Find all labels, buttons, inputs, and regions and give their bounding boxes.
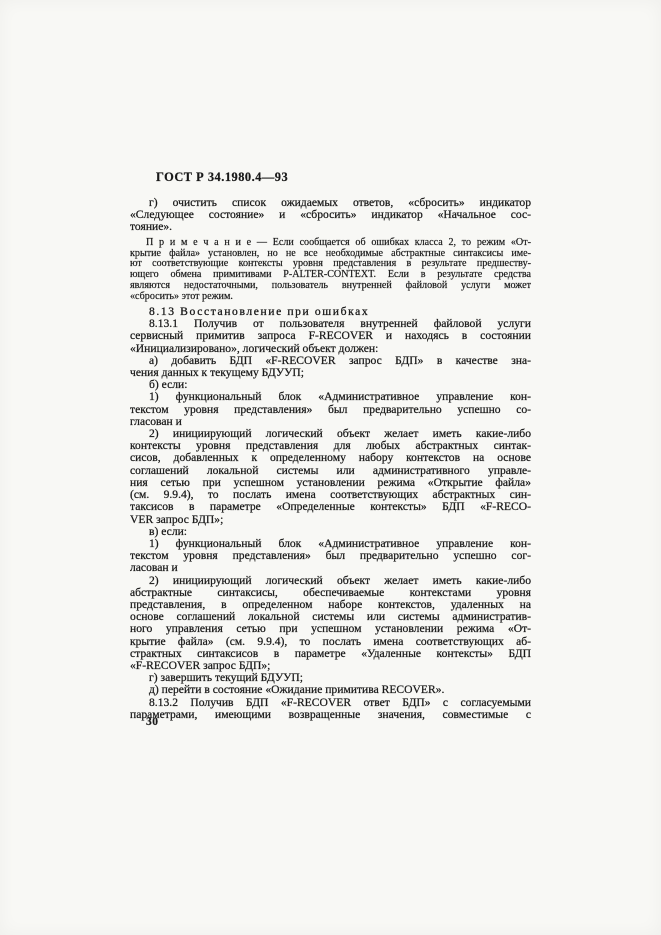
text-line: чения данных к текущему БДУУП; <box>130 367 531 379</box>
document-header: ГОСТ Р 34.1980.4—93 <box>130 171 531 184</box>
text-line: текстом уровня представления» был предва… <box>130 404 531 416</box>
paragraph: 1) функциональный блок «Административное… <box>130 391 531 428</box>
paragraph: а) добавить БДП «F-RECOVER запрос БДП» в… <box>130 355 531 379</box>
text-line: тояние». <box>130 221 531 233</box>
text-line: таксисов в параметре «Определенные конте… <box>130 501 531 513</box>
text-line: 8.13.2 Получив БДП «F-RECOVER ответ БДП»… <box>130 697 531 709</box>
paragraph: г) очистить список ожидаемых ответов, «с… <box>130 197 531 234</box>
text-line: ного управления сетью при успешном устан… <box>130 623 531 635</box>
text-line: ласован и <box>130 562 531 574</box>
note-block: П р и м е ч а н и е — Если сообщается об… <box>130 238 531 303</box>
text-line: «сбросить» этот режим. <box>130 292 531 303</box>
text-line: д) перейти в состояние «Ожидание примити… <box>130 684 531 696</box>
text-line: крытие файла» (см. 9.9.4), то послать им… <box>130 636 531 648</box>
paragraph: 1) функциональный блок «Административное… <box>130 538 531 575</box>
text-line: VER запрос БДП»; <box>130 514 531 526</box>
text-line: текстом уровня представления» был предва… <box>130 550 531 562</box>
paragraph: 8.13.2 Получив БДП «F-RECOVER ответ БДП»… <box>130 697 531 721</box>
text-line: 2) инициирующий логический объект желает… <box>130 575 531 587</box>
paragraph: 2) инициирующий логический объект желает… <box>130 428 531 526</box>
page-number: 30 <box>146 716 159 728</box>
document-page: ГОСТ Р 34.1980.4—93 г) очистить список о… <box>0 0 661 935</box>
text-line: сервисный примитив запроса F-RECOVER и н… <box>130 330 531 342</box>
text-line: параметрами, имеющими возвращенные значе… <box>130 709 531 721</box>
paragraph: 8.13.1 Получив от пользователя внутренне… <box>130 318 531 355</box>
text-line: сисов, добавленных к определенному набор… <box>130 452 531 464</box>
text-line: «Следующее состояние» и «сбросить» индик… <box>130 209 531 221</box>
paragraph: 2) инициирующий логический объект желает… <box>130 575 531 673</box>
paragraph: д) перейти в состояние «Ожидание примити… <box>130 684 531 696</box>
text-column: ГОСТ Р 34.1980.4—93 г) очистить список о… <box>130 171 531 721</box>
text-line: 1) функциональный блок «Административное… <box>130 391 531 403</box>
document-body: г) очистить список ожидаемых ответов, «с… <box>130 197 531 721</box>
text-line: П р и м е ч а н и е — Если сообщается об… <box>130 238 531 249</box>
